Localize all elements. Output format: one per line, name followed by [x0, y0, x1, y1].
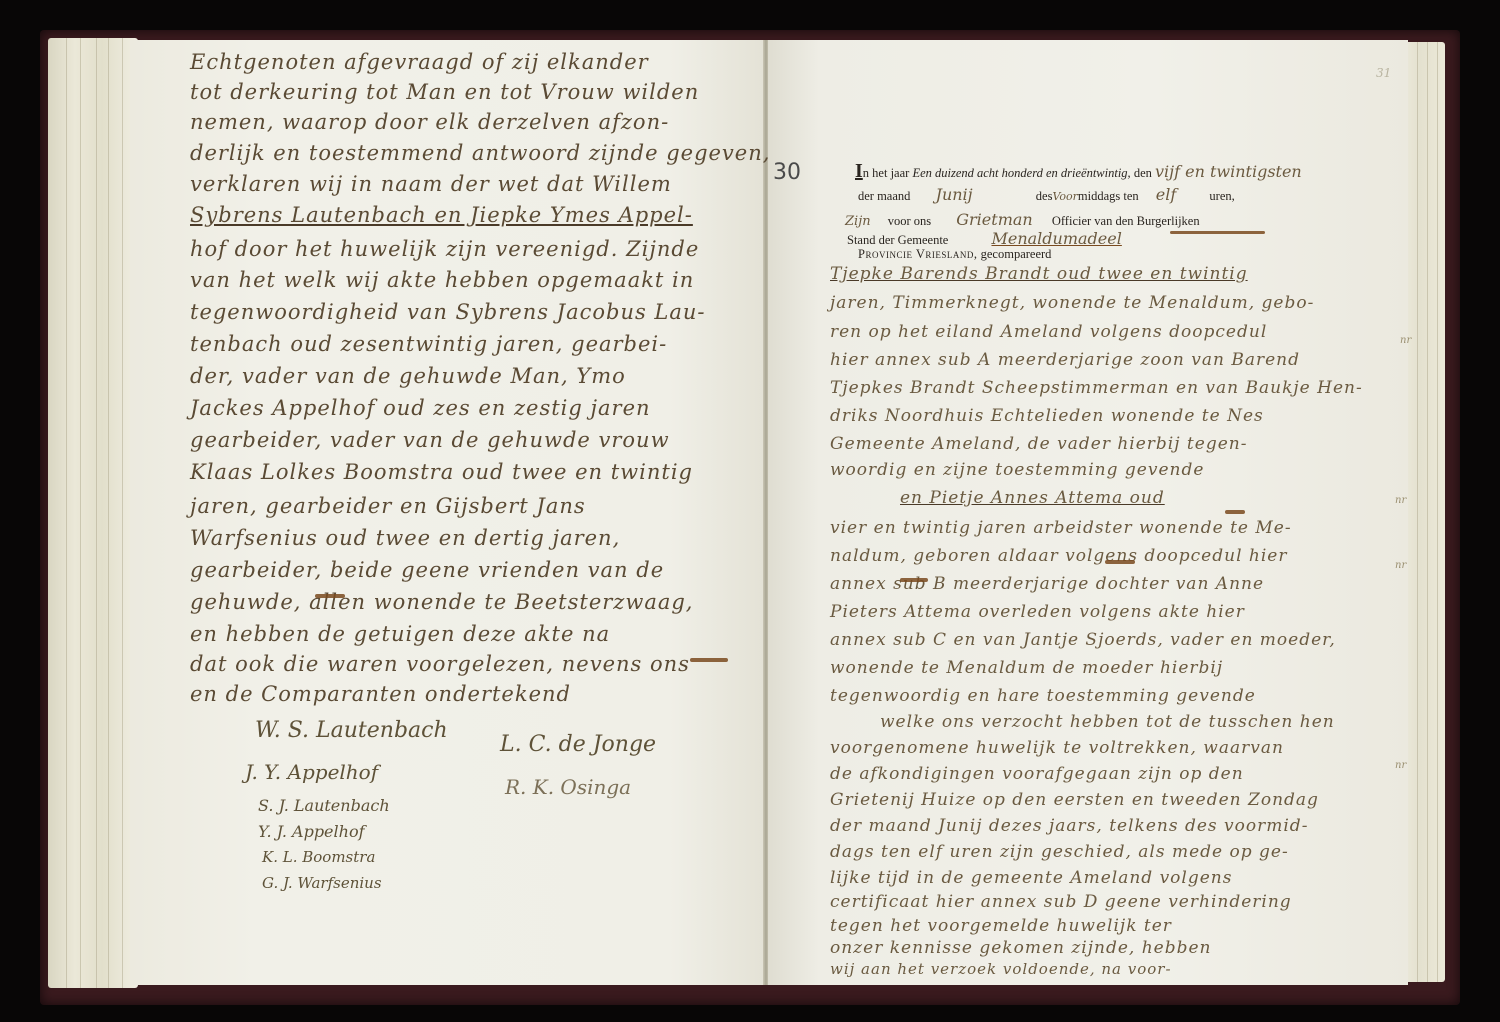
ink-stroke: [690, 658, 728, 662]
folio-number: 30: [773, 160, 801, 185]
text-line: Pieters Attema overleden volgens akte hi…: [830, 602, 1245, 622]
text-line: gehuwde, allen wonende te Beetsterzwaag,: [190, 590, 694, 614]
text-line: voorgenomene huwelijk te voltrekken, waa…: [830, 738, 1284, 758]
margin-note: nr: [1395, 495, 1406, 506]
page-number: 31: [1376, 66, 1391, 80]
text-line: tegenwoordig en hare toestemming gevende: [830, 686, 1256, 706]
ink-stroke: [1170, 231, 1265, 234]
text-line: ren op het eiland Ameland volgens doopce…: [830, 322, 1267, 342]
text-line: en Pietje Annes Attema oud: [900, 488, 1165, 508]
text-line: jaren, gearbeider en Gijsbert Jans: [190, 494, 586, 518]
signature: J. Y. Appelhof: [245, 760, 378, 784]
fill-month: Junij: [936, 185, 973, 204]
form-line-1: In het jaar Een duizend acht honderd en …: [855, 160, 1302, 183]
fill-day: vijf en twintigsten: [1155, 162, 1302, 181]
form-line-3: Zijn voor ons Grietman Officier van den …: [845, 210, 1200, 229]
fill-official: Grietman: [956, 210, 1032, 229]
text-line: hier annex sub A meerderjarige zoon van …: [830, 350, 1300, 370]
text-line: en hebben de getuigen deze akte na: [190, 622, 610, 646]
text-line: de afkondigingen voorafgegaan zijn op de…: [830, 764, 1244, 784]
text-line: annex sub C en van Jantje Sjoerds, vader…: [830, 630, 1336, 650]
text-line: der, vader van de gehuwde Man, Ymo: [190, 364, 626, 388]
text-line: wonende te Menaldum de moeder hierbij: [830, 658, 1223, 678]
text-line: gearbeider, beide geene vrienden van de: [190, 558, 664, 582]
text-line: nemen, waarop door elk derzelven afzon-: [190, 110, 669, 134]
form-line-2: der maand Junij desVoormiddags ten elf u…: [858, 185, 1235, 204]
signature: K. L. Boomstra: [262, 848, 375, 866]
text-line: vier en twintig jaren arbeidster wonende…: [830, 518, 1292, 538]
text-line: tenbach oud zesentwintig jaren, gearbei-: [190, 332, 667, 356]
text-line: en de Comparanten ondertekend: [190, 682, 571, 706]
text-line: jaren, Timmerknegt, wonende te Menaldum,…: [830, 293, 1314, 313]
text-line: tot derkeuring tot Man en tot Vrouw wild…: [190, 80, 699, 104]
margin-note: nr: [1395, 760, 1406, 771]
text-line: Gemeente Ameland, de vader hierbij tegen…: [830, 434, 1247, 454]
text-line: dat ook die waren voorgelezen, nevens on…: [190, 652, 690, 676]
signature: G. J. Warfsenius: [262, 874, 382, 892]
text-line: Warfsenius oud twee en dertig jaren,: [190, 526, 620, 550]
text-line: Sybrens Lautenbach en Jiepke Ymes Appel-: [190, 203, 693, 227]
text-line: Grietenij Huize op den eersten en tweede…: [830, 790, 1319, 810]
fill-municipality: Menaldumadeel: [991, 229, 1121, 248]
margin-note: nr: [1400, 335, 1411, 346]
text-line: derlijk en toestemmend antwoord zijnde g…: [190, 141, 770, 165]
fill-hour: elf: [1156, 185, 1177, 204]
text-line: wij aan het verzoek voldoende, na voor-: [830, 960, 1172, 978]
text-line: certificaat hier annex sub D geene verhi…: [830, 892, 1292, 912]
ink-stroke: [315, 594, 345, 598]
text-line: Tjepke Barends Brandt oud twee en twinti…: [830, 264, 1248, 284]
text-line: Klaas Lolkes Boomstra oud twee en twinti…: [190, 460, 693, 484]
form-line-5: Provincie Vriesland, gecompareerd: [858, 247, 1051, 262]
text-line: hof door het huwelijk zijn vereenigd. Zi…: [190, 237, 699, 261]
form-line-4: Stand der Gemeente Menaldumadeel: [847, 229, 1122, 248]
text-line: verklaren wij in naam der wet dat Willem: [190, 172, 672, 196]
ink-stroke: [1105, 560, 1135, 564]
text-line: annex sub B meerderjarige dochter van An…: [830, 574, 1264, 594]
text-line: Tjepkes Brandt Scheepstimmerman en van B…: [830, 378, 1363, 398]
text-line: onzer kennisse gekomen zijnde, hebben: [830, 938, 1212, 958]
text-line: tegenwoordigheid van Sybrens Jacobus Lau…: [190, 300, 706, 324]
text-line: naldum, geboren aldaar volgens doopcedul…: [830, 546, 1288, 566]
ink-stroke: [900, 578, 928, 582]
left-page-stack: [48, 38, 138, 988]
text-line: der maand Junij dezes jaars, telkens des…: [830, 816, 1308, 836]
margin-note: nr: [1395, 560, 1406, 571]
ink-stroke: [1225, 510, 1245, 514]
text-line: van het welk wij akte hebben opgemaakt i…: [190, 268, 694, 292]
signature: L. C. de Jonge: [500, 732, 656, 757]
text-line: Jackes Appelhof oud zes en zestig jaren: [190, 396, 651, 420]
text-line: gearbeider, vader van de gehuwde vrouw: [190, 428, 670, 452]
text-line: dags ten elf uren zijn geschied, als med…: [830, 842, 1289, 862]
signature: S. J. Lautenbach: [258, 796, 390, 815]
text-line: tegen het voorgemelde huwelijk ter: [830, 916, 1172, 936]
signature: Y. J. Appelhof: [258, 822, 365, 841]
text-line: lijke tijd in de gemeente Ameland volgen…: [830, 868, 1232, 888]
text-line: woordig en zijne toestemming gevende: [830, 460, 1204, 480]
text-line: Echtgenoten afgevraagd of zij elkander: [190, 50, 649, 74]
text-line: welke ons verzocht hebben tot de tussche…: [880, 712, 1335, 732]
signature: R. K. Osinga: [505, 775, 631, 799]
signature: W. S. Lautenbach: [255, 718, 448, 743]
text-line: driks Noordhuis Echtelieden wonende te N…: [830, 406, 1264, 426]
